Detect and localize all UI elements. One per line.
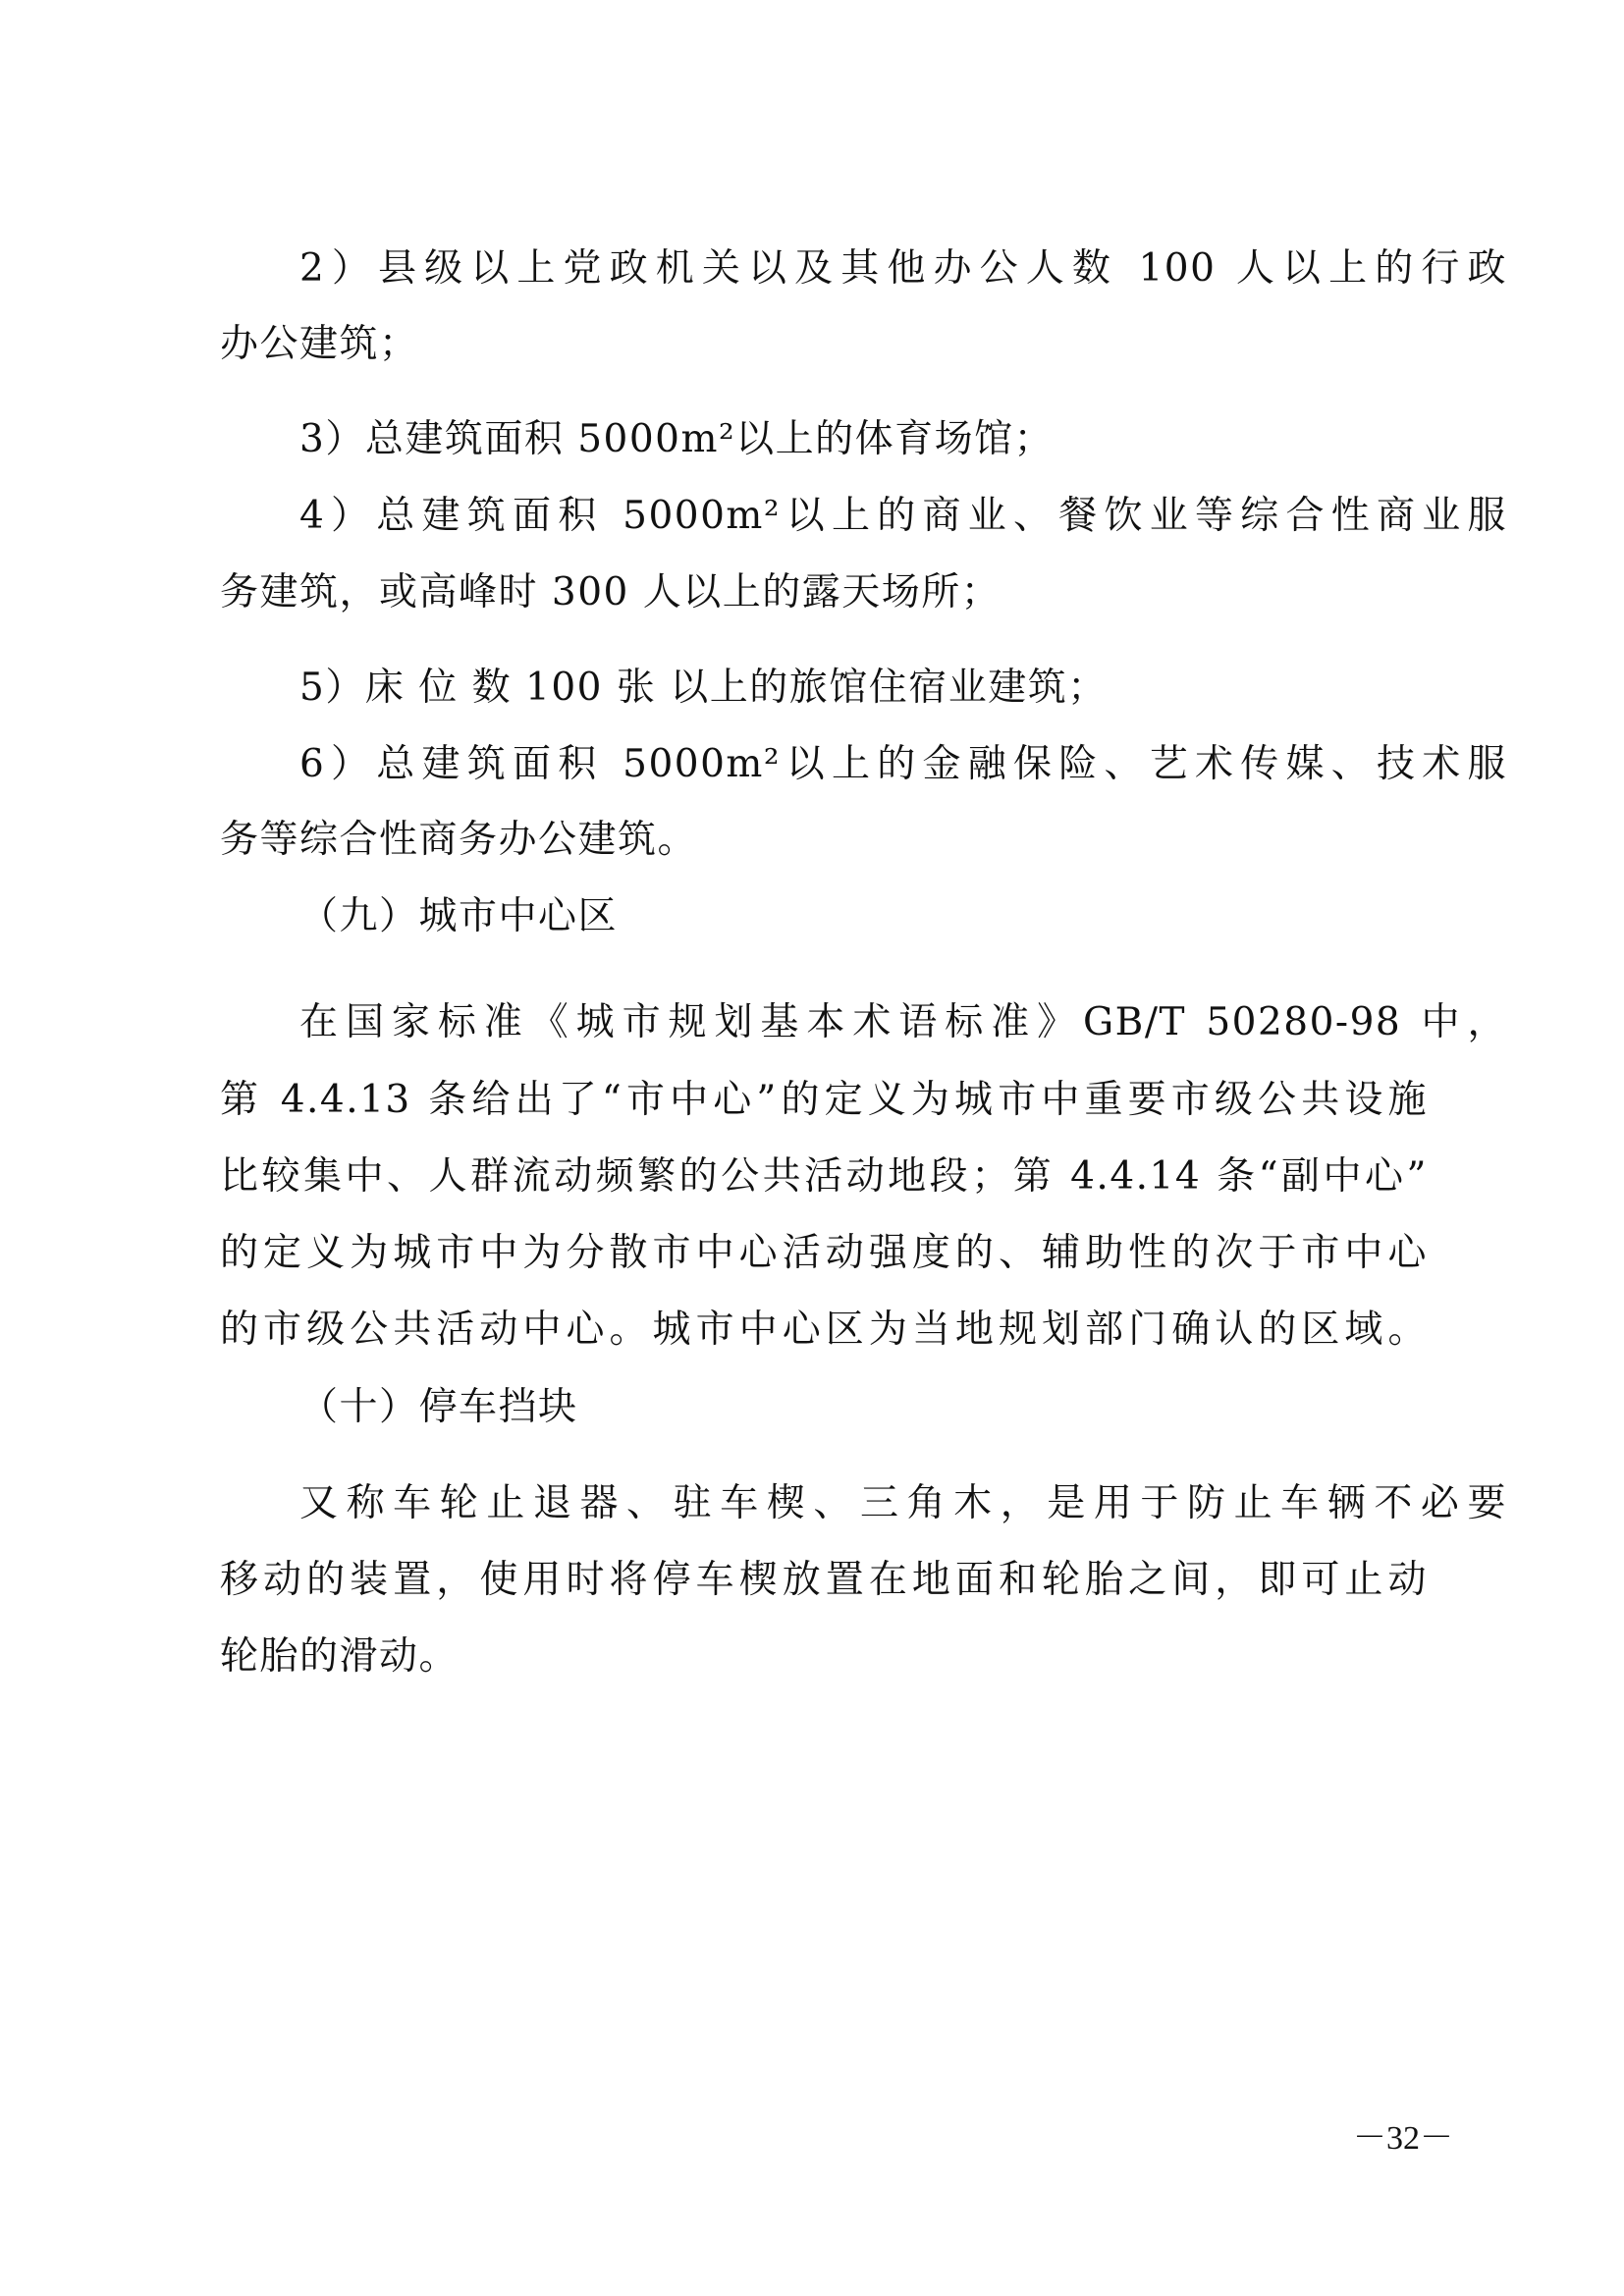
paragraph-line: 第 4.4.13 条给出了“市中心”的定义为城市中重要市级公共设施 [220, 1077, 1428, 1124]
paragraph-line: 移动的装置，使用时将停车楔放置在地面和轮胎之间，即可止动 [220, 1557, 1428, 1604]
list-item-3: 3）总建筑面积 5000m²以上的体育场馆； [299, 416, 1507, 463]
paragraph-line: 轮胎的滑动。 [220, 1633, 1428, 1681]
paragraph-line: 在国家标准《城市规划基本术语标准》GB/T 50280-98 中， [299, 999, 1507, 1046]
section-heading-10: （十）停车挡块 [299, 1384, 1507, 1431]
paragraph-line: 的市级公共活动中心。城市中心区为当地规划部门确认的区域。 [220, 1307, 1428, 1354]
section-heading-9: （九）城市中心区 [299, 893, 1507, 940]
paragraph-line: 的定义为城市中为分散市中心活动强度的、辅助性的次于市中心 [220, 1230, 1428, 1277]
page-number: －32－ [1353, 2110, 1453, 2159]
list-item-2: 2）县级以上党政机关以及其他办公人数 100 人以上的行政 [299, 245, 1507, 293]
list-item-6-cont: 务等综合性商务办公建筑。 [220, 817, 1428, 864]
list-item-6: 6）总建筑面积 5000m²以上的金融保险、艺术传媒、技术服 [299, 741, 1507, 788]
paragraph-line: 又称车轮止退器、驻车楔、三角木，是用于防止车辆不必要 [299, 1480, 1507, 1527]
list-item-2-cont: 办公建筑； [220, 321, 1428, 368]
paragraph-line: 比较集中、人群流动频繁的公共活动地段；第 4.4.14 条“副中心” [220, 1153, 1428, 1201]
list-item-4: 4）总建筑面积 5000m²以上的商业、餐饮业等综合性商业服 [299, 493, 1507, 540]
list-item-4-cont: 务建筑，或高峰时 300 人以上的露天场所； [220, 569, 1428, 616]
list-item-5: 5）床 位 数 100 张 以上的旅馆住宿业建筑； [299, 665, 1507, 712]
